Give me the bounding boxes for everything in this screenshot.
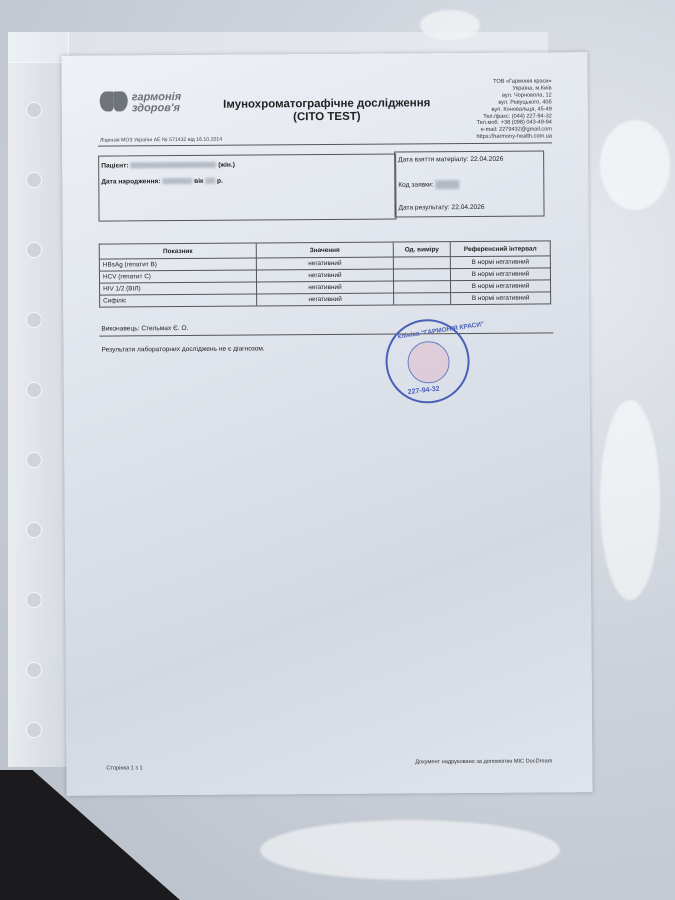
indicator: HCV (гепатит С) [99,270,256,283]
license-text: Ліцензія МОЗ України АЕ № 571432 від 16.… [100,137,222,144]
patient-line: Пацієнт: (жін.) [101,162,235,170]
col-indicator: Показник [99,243,256,259]
col-reference: Референсний інтервал [450,241,550,257]
result-date-value: 22.04.2026 [451,204,484,211]
disclaimer: Результати лабораторних досліджень не є … [101,345,264,353]
punch-hole [26,312,42,328]
result-date: Дата результату: 22.04.2026 [398,204,484,212]
redacted-age [205,178,215,184]
punch-hole [26,102,42,118]
lace-pattern [600,120,670,210]
patient-box: Пацієнт: (жін.) Дата народження: вік р. [98,154,396,222]
age-label: вік [194,178,203,185]
logo-line2: здоров'я [132,103,182,114]
reference: В нормі негативний [451,280,551,293]
punch-hole [26,172,42,188]
reference: В нормі негативний [450,268,550,281]
unit [393,269,450,281]
stamp-text: клініка "ГАРМОНІЯ КРАСИ" [397,321,484,341]
sample-date-label: Дата взяття матеріалу: [398,156,468,163]
divider [99,332,553,336]
col-value: Значення [256,242,393,258]
clinic-address: вул. Коновальця, 45-49 [476,106,552,113]
printed-by: Документ надруковано за допомогою МІС Do… [415,758,552,765]
page-number: Сторінка 1 з 1 [106,765,142,771]
clinic-stamp: клініка "ГАРМОНІЯ КРАСИ" 227-94-32 [385,319,470,404]
punch-hole [26,592,42,608]
punch-hole [26,242,42,258]
birth-label: Дата народження: [101,178,160,185]
lace-pattern [260,820,560,880]
punch-hole [26,382,42,398]
col-unit: Од. виміру [393,242,450,257]
reference: В нормі негативний [450,256,550,269]
results-table: Показник Значення Од. виміру Референсний… [99,240,551,307]
stamp-logo-icon [407,341,449,383]
value: негативний [256,257,393,270]
unit [393,257,450,269]
unit [394,281,451,293]
value: негативний [257,293,394,306]
logo-icon [100,91,128,115]
lab-report-page: гармонія здоров'я Імунохроматографічне д… [61,52,592,796]
clinic-address: вул. Ревуцького, 40б [476,99,552,106]
sample-date: Дата взяття матеріалу: 22.04.2026 [398,156,503,164]
redacted-order-code [435,180,459,189]
plastic-sleeve [8,32,69,767]
reference: В нормі негативний [451,292,551,305]
dates-box: Дата взяття матеріалу: 22.04.2026 Код за… [394,150,544,217]
birth-line: Дата народження: вік р. [101,178,223,186]
punch-hole [26,452,42,468]
order-code: Код заявки: [398,180,459,189]
order-code-label: Код заявки: [398,182,433,189]
lace-pattern [600,400,660,600]
patient-sex: (жін.) [218,162,235,169]
table-row: Сифіліс негативний В нормі негативний [100,292,551,307]
value: негативний [257,281,394,294]
indicator: Сифіліс [100,294,257,307]
punch-hole [26,722,42,738]
age-suffix: р. [217,178,223,185]
indicator: HBsAg (гепатит В) [99,258,256,271]
stamp-phone: 227-94-32 [407,386,440,397]
punch-hole [26,522,42,538]
result-date-label: Дата результату: [398,204,449,211]
redacted-name [130,162,216,169]
document-title: Імунохроматографічне дослідження (CITO T… [222,97,432,124]
clinic-logo: гармонія здоров'я [100,91,182,116]
clinic-website: https://harmony-health.com.ua [476,134,552,141]
performer: Виконавець: Стельмах Є. О. [101,325,188,333]
indicator: HIV 1/2 (ВІЛ) [100,282,257,295]
punch-hole [26,662,42,678]
clinic-contacts: ТОВ «Гармонія краси» Україна, м.Київ вул… [476,78,552,141]
patient-label: Пацієнт: [101,162,128,169]
value: негативний [256,269,393,282]
sample-date-value: 22.04.2026 [470,156,503,163]
unit [394,293,451,305]
redacted-birthdate [162,178,192,184]
